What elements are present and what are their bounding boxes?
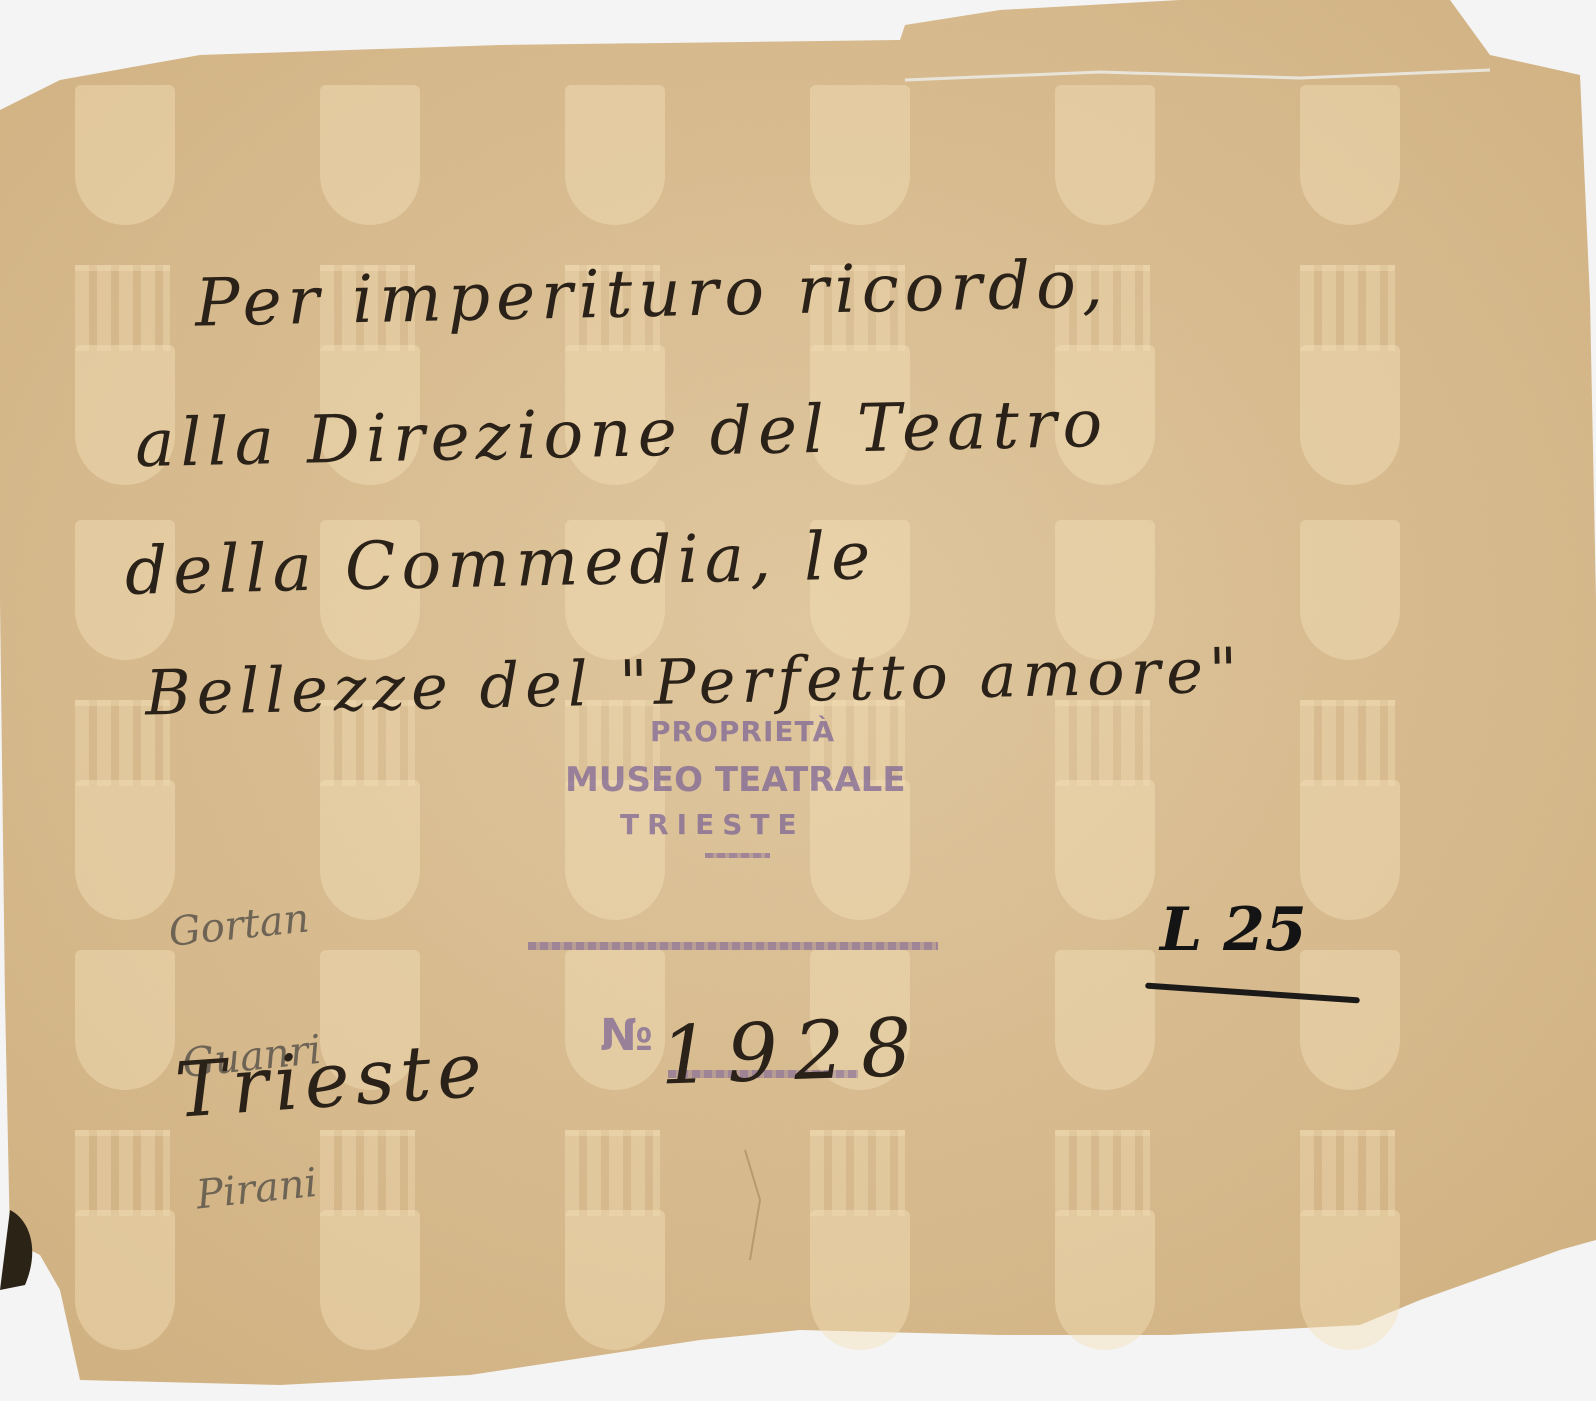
pencil-note-line-1: Gortan — [167, 896, 312, 954]
stamp-divider — [705, 853, 770, 858]
stamp-line-2: MUSEO TEATRALE — [565, 760, 906, 800]
stamp-rule-top — [528, 942, 938, 950]
stamp-number-prefix: № — [600, 1010, 653, 1061]
pencil-note-line-3: Pirani — [194, 1159, 339, 1217]
stamp-line-1: PROPRIETÀ — [650, 715, 835, 748]
handwritten-line-3: della Commedia, le — [124, 517, 877, 610]
stamp-line-3: TRIESTE — [620, 808, 805, 841]
price-text: L 25 — [1160, 895, 1307, 965]
year-text: 1928 — [658, 1000, 929, 1102]
